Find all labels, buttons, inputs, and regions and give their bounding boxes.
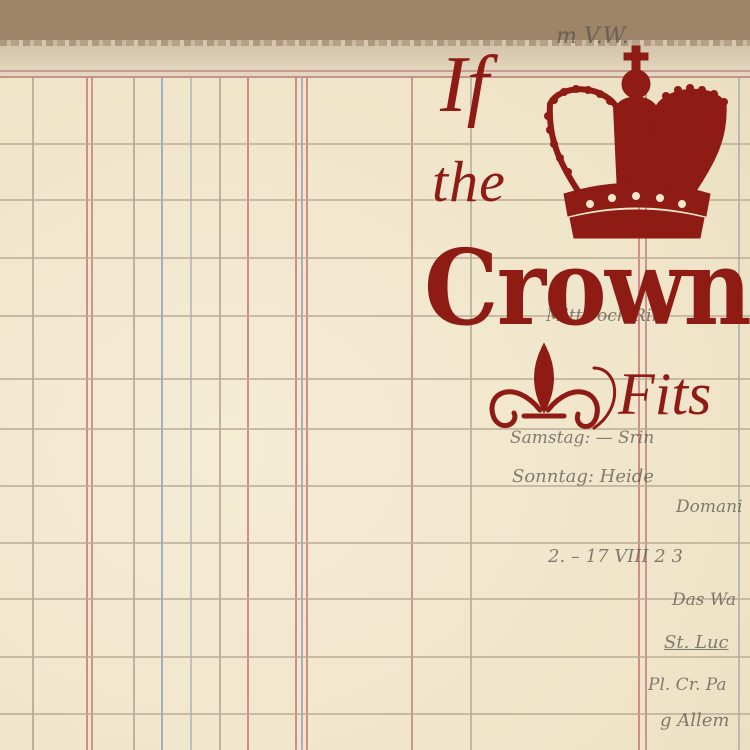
handwriting-line: g Allem <box>660 710 729 731</box>
handwriting-line: 2. – 17 VIII 2 3 <box>548 546 683 567</box>
handwriting-line: St. Luc <box>664 632 729 653</box>
fleur-de-lis-icon <box>474 338 624 438</box>
grid-vline-blue <box>161 78 163 750</box>
grid-vline-red <box>411 78 413 750</box>
handwriting-line: Sonntag: Heide <box>512 466 654 487</box>
handwriting-line: Domani <box>676 497 743 517</box>
grid-vline <box>133 78 135 750</box>
title-word-fits: Fits <box>618 360 711 429</box>
grid-vline-red <box>91 78 93 750</box>
grid-vline-red <box>295 78 297 750</box>
grid-vline-red <box>306 78 308 750</box>
grid-hline <box>0 656 750 658</box>
grid-vline <box>32 78 34 750</box>
grid-vline <box>190 78 192 750</box>
grid-vline <box>219 78 221 750</box>
grid-hline <box>0 542 750 544</box>
handwriting-line: Pl. Cr. Pa <box>648 675 727 695</box>
grid-hline <box>0 713 750 715</box>
title-word-the: the <box>432 148 506 215</box>
title-word-if: If <box>440 40 489 131</box>
handwriting-line: Das Wa <box>672 590 736 610</box>
grid-vline-red <box>247 78 249 750</box>
grid-vline-blue <box>301 78 303 750</box>
title-word-crown: Crown <box>424 226 750 349</box>
grid-vline-red <box>86 78 88 750</box>
crown-icon <box>520 44 750 240</box>
grid-hline <box>0 598 750 600</box>
